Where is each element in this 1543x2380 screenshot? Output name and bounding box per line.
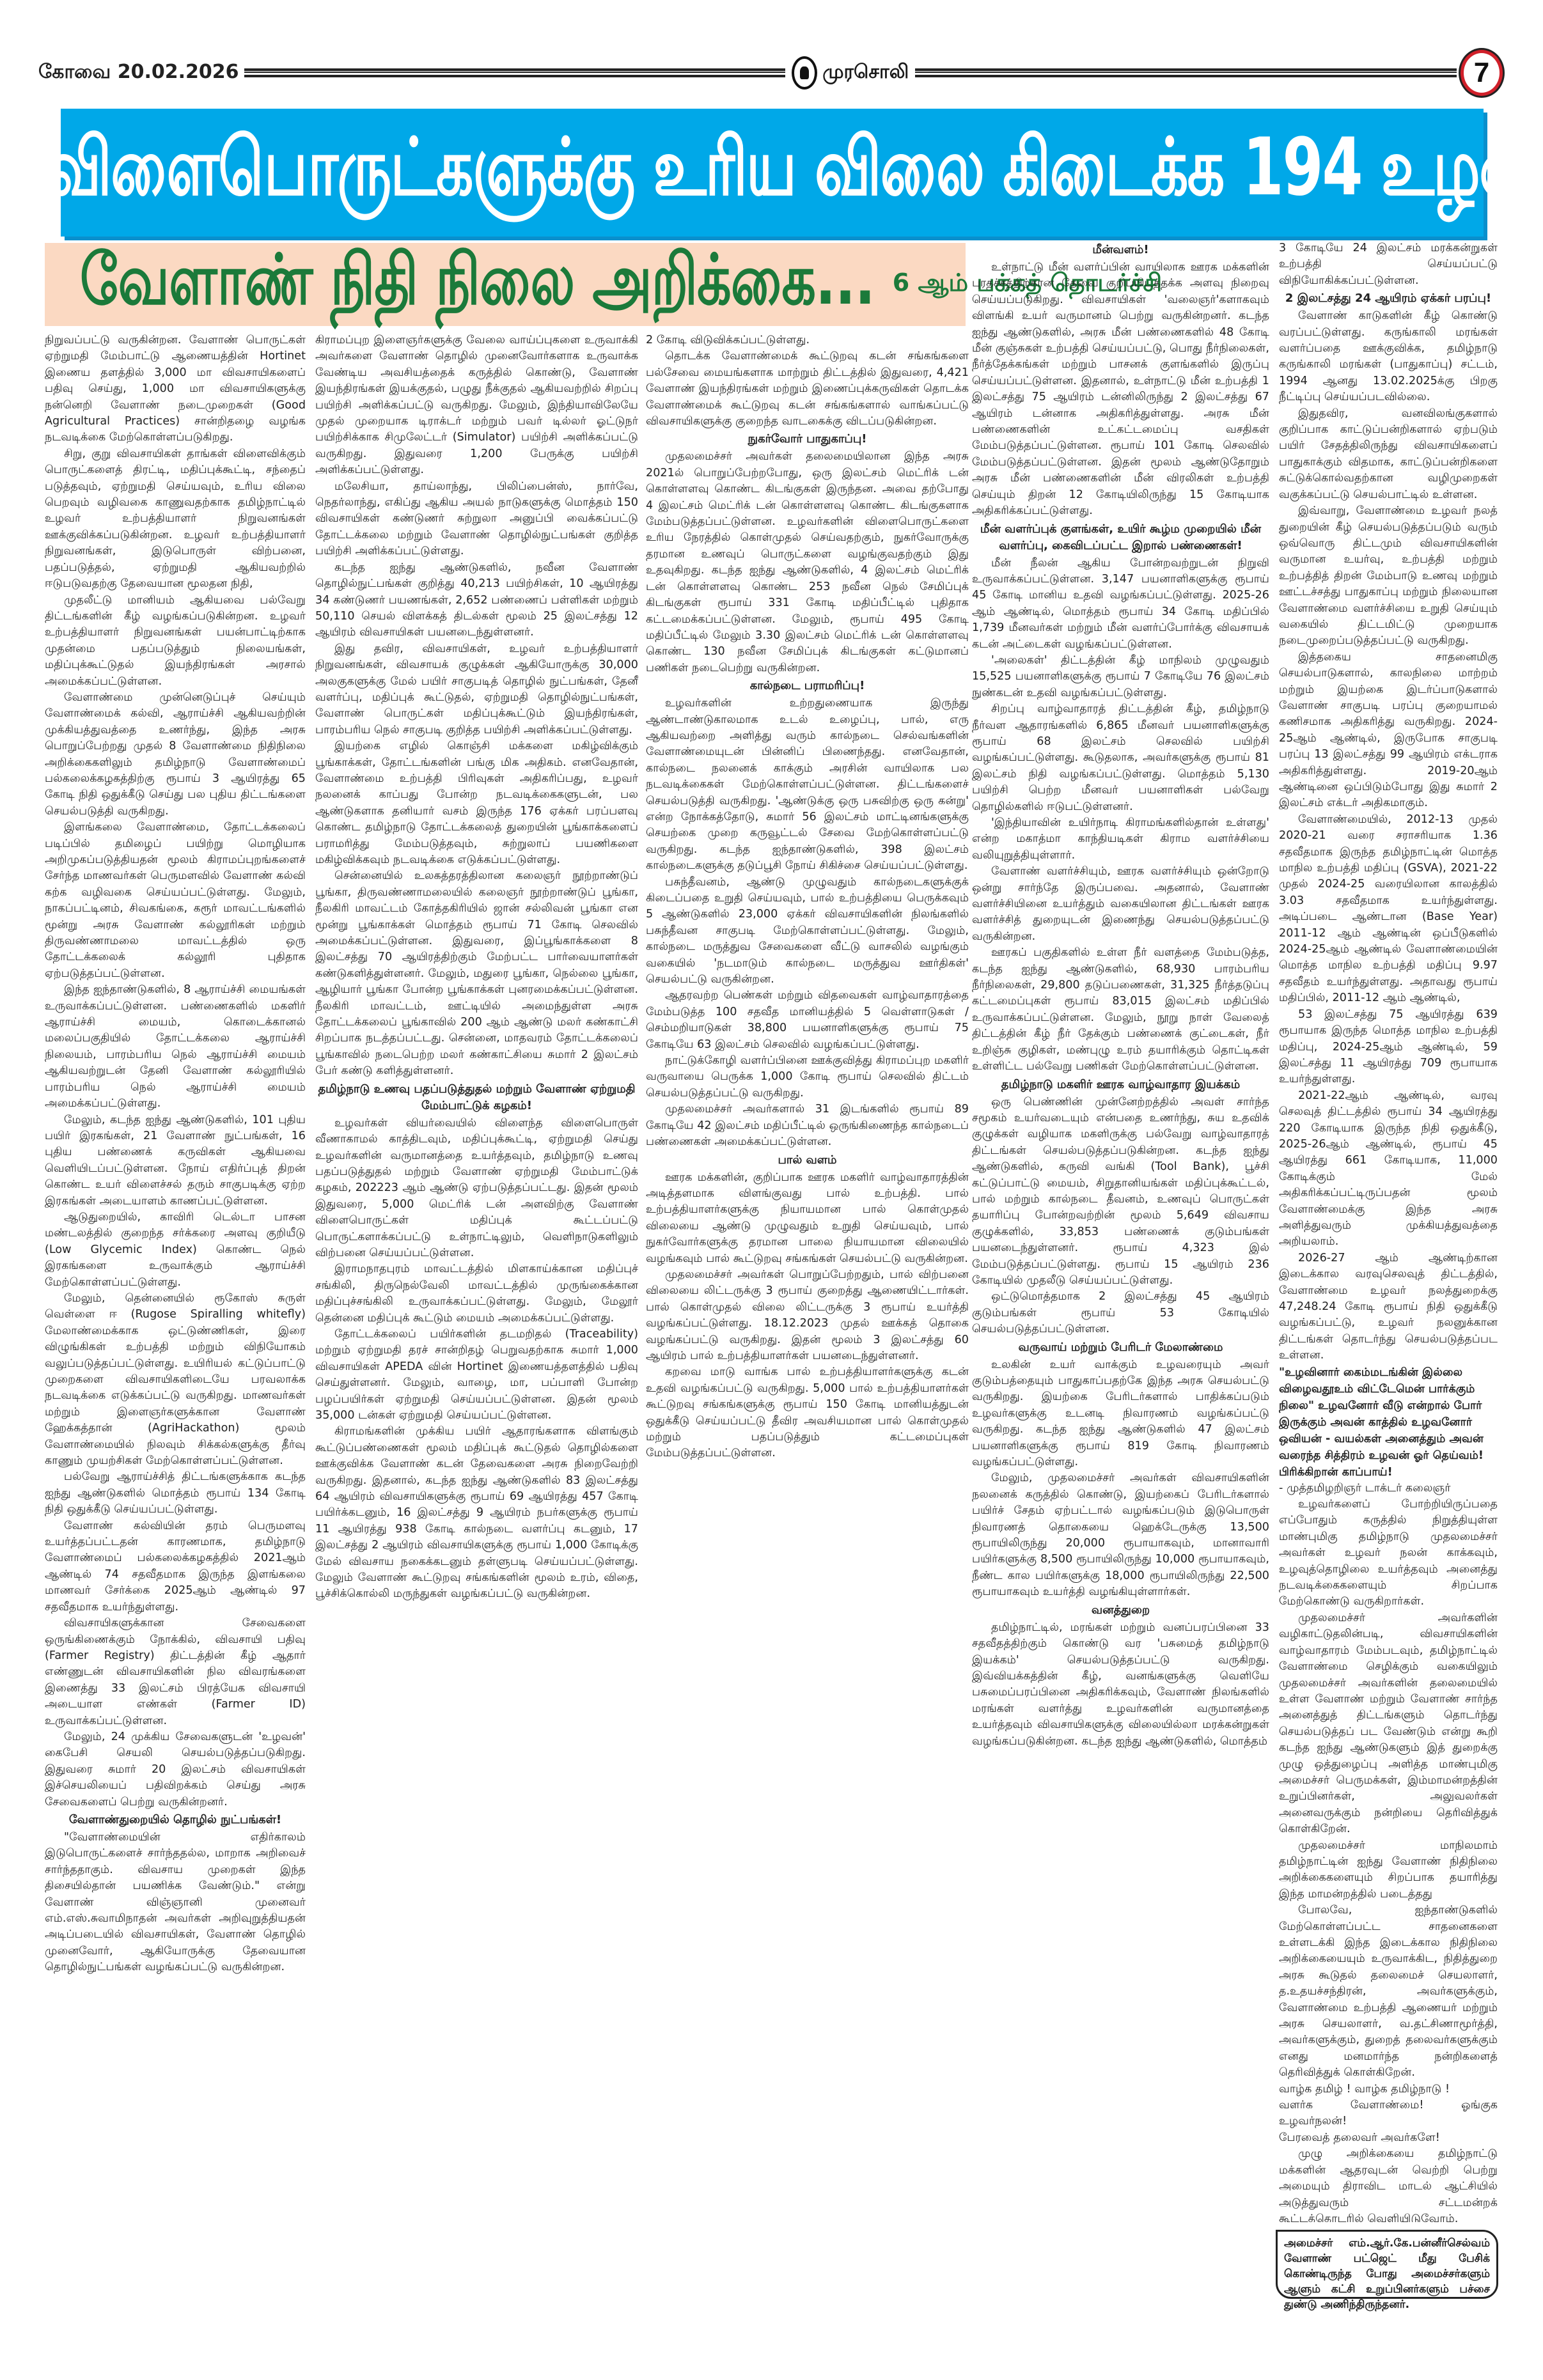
paragraph: - முத்தமிழறிஞர் டாக்டர் கலைஞர்: [1279, 1481, 1498, 1497]
paragraph: ஒட்டுமொத்தமாக 2 இலட்சத்து 45 ஆயிரம் குடு…: [972, 1289, 1269, 1337]
paragraph: இளங்கலை வேளாண்மை, தோட்டக்கலைப் படிப்பில்…: [45, 820, 306, 982]
paragraph: மேலும், 24 முக்கிய சேவைகளுடன் 'உழவன்' கை…: [45, 1729, 306, 1810]
rising-sun-logo-icon: [792, 56, 817, 89]
paragraph: 2 கோடி விடுவிக்கப்பட்டுள்ளது.: [646, 332, 969, 348]
paragraph: வேளாண்மையில், 2012-13 முதல் 2020-21 வரை …: [1279, 812, 1498, 1007]
paragraph: உழவர்களைப் போற்றியிருப்பதை எப்போதும் கரு…: [1279, 1497, 1498, 1610]
section-subheading: கால்நடை பராமரிப்பு!: [646, 678, 969, 694]
paragraph: வேளாண் வளர்ச்சியும், ஊரக வளர்ச்சியும் ஒன…: [972, 864, 1269, 945]
paragraph: உலகின் உயர் வாக்கும் உழவரையும் அவர் குடு…: [972, 1357, 1269, 1471]
paragraph: மலேசியா, தாய்லாந்து, பிலிப்பைன்ஸ், நார்வ…: [315, 479, 638, 560]
article-column-5: 3 கோடியே 24 இலட்சம் மரக்கன்றுகள் உற்பத்த…: [1279, 240, 1498, 2222]
paragraph: நிறுவப்பட்டு வருகின்றன. வேளாண் பொருட்கள்…: [45, 332, 306, 446]
paragraph: சிறு, குறு விவசாயிகள் தாங்கள் விளைவிக்கு…: [45, 446, 306, 593]
pull-quote: "உழவினார் கைம்மடங்கின் இல்லை விழைவதூஉம் …: [1279, 1364, 1498, 1481]
paragraph: மேலும், முதலமைச்சர் அவர்கள் விவசாயிகளின்…: [972, 1470, 1269, 1600]
paragraph: இயற்கை எழில் கொஞ்சி மக்களை மகிழ்விக்கும்…: [315, 738, 638, 868]
paragraph: இது தவிர, விவசாயிகள், உழவர் உற்பத்தியாளர…: [315, 641, 638, 738]
paper-brand: முரசொலி: [785, 56, 915, 89]
paragraph: மேலும், கடந்த ஐந்து ஆண்டுகளில், 101 புதி…: [45, 1112, 306, 1209]
article-column-2: கிராமப்புற இளைஞர்களுக்கு வேலை வாய்ப்புகள…: [315, 332, 638, 2365]
masthead: கோவை 20.02.2026 முரசொலி 7: [38, 51, 1503, 95]
section-subheading: தமிழ்நாடு உணவு பதப்படுத்துதல் மற்றும் வே…: [315, 1081, 638, 1114]
section-subheading: வேளாண்துறையில் தொழில் நுட்பங்கள்!: [45, 1812, 306, 1828]
paragraph: வேளாண் கல்வியின் தரம் பெருமளவு உயர்த்தப்…: [45, 1518, 306, 1615]
paragraph: விவசாயிகளுக்கான சேவைகளை ஒருங்கிணைக்கும் …: [45, 1615, 306, 1729]
paragraph: பல்வேறு ஆராய்ச்சித் திட்டங்களுக்காக கடந்…: [45, 1469, 306, 1518]
paragraph: 53 இலட்சத்து 75 ஆயிரத்து 639 ரூபாயாக இரு…: [1279, 1007, 1498, 1088]
continuation-banner: வேளாண் நிதி நிலை அறிக்கை... 6 ஆம் பக்கத்…: [45, 243, 966, 326]
paragraph: தோட்டக்கலைப் பயிர்களின் தடமறிதல் (Tracea…: [315, 1326, 638, 1424]
paragraph: சென்னையில் உலகத்தரத்திலான கலைஞர் நூற்றாண…: [315, 868, 638, 1079]
paragraph: கடந்த ஐந்து ஆண்டுகளில், நவீன வேளாண் தொழி…: [315, 560, 638, 641]
paragraph: 2021-22ஆம் ஆண்டில், வரவு செலவுத் திட்டத்…: [1279, 1088, 1498, 1250]
paragraph: இராமநாதபுரம் மாவட்டத்தில் மிளகாய்க்கான ம…: [315, 1261, 638, 1326]
paragraph: கிராமங்களின் முக்கிய பயிர் ஆதாரங்களாக வி…: [315, 1424, 638, 1602]
masthead-rule-right: [915, 68, 1457, 77]
masthead-rule-left: [244, 68, 786, 77]
section-subheading: தமிழ்நாடு மகளிர் ஊரக வாழ்வாதார இயக்கம்: [972, 1077, 1269, 1093]
paragraph: தொடக்க வேளாண்மைக் கூட்டுறவு கடன் சங்கங்க…: [646, 348, 969, 430]
paragraph: பேரவைத் தலைவர் அவர்களே!: [1279, 2130, 1498, 2146]
main-headline: உழவர்களின் விளைபொருட்களுக்கு உரிய விலை க…: [0, 121, 1543, 224]
section-subheading: மீன் வளர்ப்புக் குளங்கள், உயிர் கூழ்ம மு…: [972, 521, 1269, 554]
paragraph: மீன் நீலன் ஆகிய போன்றவற்றுடன் நிறுவி உரு…: [972, 556, 1269, 653]
paragraph: "வேளாண்மையின் எதிர்காலம் இடுபொருட்களைச் …: [45, 1830, 306, 1976]
paragraph: இந்த ஐந்தாண்டுகளில், 8 ஆராய்ச்சி மையங்கள…: [45, 982, 306, 1112]
section-subheading: வனத்துறை: [972, 1602, 1269, 1619]
paragraph: ஆதரவற்ற பெண்கள் மற்றும் விதவைகள் வாழ்வாத…: [646, 988, 969, 1053]
paragraph: முதலமைச்சர் அவர்கள் தலைமையிலான இந்த அரசு…: [646, 449, 969, 676]
paragraph: 'அலைகள்' திட்டத்தின் கீழ் மாநிலம் முழுவத…: [972, 653, 1269, 701]
page-number-badge: 7: [1461, 50, 1503, 96]
paragraph: முதலமைச்சர் அவர்களின் வழிகாட்டுதலின்படி,…: [1279, 1610, 1498, 1838]
paragraph: இத்தகைய சாதனைமிகு செயல்பாடுகளால், காலநில…: [1279, 649, 1498, 812]
paragraph: கறவை மாடு வாங்க பால் உற்பத்தியாளர்களுக்க…: [646, 1364, 969, 1461]
headline-banner: உழவர்களின் விளைபொருட்களுக்கு உரிய விலை க…: [61, 109, 1484, 237]
paragraph: வாழ்க தமிழ் ! வாழ்க தமிழ்நாடு !: [1279, 2081, 1498, 2097]
paragraph: உள்நாட்டு மீன் வளர்ப்பின் வாயிலாக ஊரக மக…: [972, 260, 1269, 520]
section-subheading: வருவாய் மற்றும் பேரிடர் மேலாண்மை: [972, 1339, 1269, 1356]
section-subheading: மீன்வளம்!: [972, 242, 1269, 258]
subheadline-title: வேளாண் நிதி நிலை அறிக்கை...: [80, 239, 875, 331]
paragraph: முழு அறிக்கையை தமிழ்நாட்டு மக்களின் ஆதரவ…: [1279, 2146, 1498, 2222]
section-subheading: 2 இலட்சத்து 24 ஆயிரம் ஏக்கர் பரப்பு!: [1279, 290, 1498, 307]
paragraph: பசுந்தீவனம், ஆண்டு முழுவதும் கால்நடைகளுக…: [646, 875, 969, 988]
paragraph: வேளாண்மை முன்னெடுப்புச் செய்யும் வேளாண்ம…: [45, 690, 306, 820]
paragraph: கிராமப்புற இளைஞர்களுக்கு வேலை வாய்ப்புகள…: [315, 332, 638, 479]
paragraph: முதலமைச்சர் அவர்களால் 31 இடங்களில் ரூபாய…: [646, 1101, 969, 1150]
paragraph: உழவர்கள் வியர்வையில் விளைந்த விளைபொருள் …: [315, 1116, 638, 1262]
paragraph: உழவர்களின் உற்றதுணையாக இருந்து ஆண்டாண்டு…: [646, 696, 969, 874]
paragraph: நாட்டுக்கோழி வளர்ப்பினை ஊக்குவித்து கிரா…: [646, 1053, 969, 1101]
article-column-1: நிறுவப்பட்டு வருகின்றன. வேளாண் பொருட்கள்…: [45, 332, 306, 2365]
paragraph: ஆடுதுறையில், காவிரி டெல்டா பாசன மண்டலத்த…: [45, 1209, 306, 1291]
article-column-3: 2 கோடி விடுவிக்கப்பட்டுள்ளது.தொடக்க வேளா…: [646, 332, 969, 2365]
article-column-4: மீன்வளம்!உள்நாட்டு மீன் வளர்ப்பின் வாயில…: [972, 240, 1269, 2363]
paragraph: முதலீட்டு மானியம் ஆகியவை பல்வேறு திட்டங்…: [45, 593, 306, 690]
paragraph: ஊரகப் பகுதிகளில் உள்ள நீர் வளத்தை மேம்பட…: [972, 945, 1269, 1075]
paragraph: தமிழ்நாட்டில், மரங்கள் மற்றும் வனப்பரப்ப…: [972, 1620, 1269, 1750]
section-subheading: பால் வளம்: [646, 1152, 969, 1169]
paragraph: ஒரு பெண்ணின் முன்னேற்றத்தில் அவள் சார்ந்…: [972, 1094, 1269, 1289]
paragraph: 2026-27 ஆம் ஆண்டிற்கான இடைக்கால வரவுசெலவ…: [1279, 1250, 1498, 1364]
section-subheading: நுகர்வோர் பாதுகாப்பு!: [646, 431, 969, 447]
paragraph: இதுதவிர, வனவிலங்குகளால் குறிப்பாக காட்டு…: [1279, 406, 1498, 503]
paragraph: முதலமைச்சர் அவர்கள் பொறுப்பேற்றதும், பால…: [646, 1267, 969, 1364]
paragraph: ஊரக மக்களின், குறிப்பாக ஊரக மகளிர் வாழ்வ…: [646, 1170, 969, 1267]
paragraph: சிறப்பு வாழ்வாதாரத் திட்டத்தின் கீழ், தம…: [972, 701, 1269, 815]
paragraph: போலவே, ஐந்தாண்டுகளில் மேற்கொள்ளப்பட்ட சா…: [1279, 1902, 1498, 2081]
paragraph: வளர்க வேளாண்மை! ஓங்குக உழவர்நலன்!: [1279, 2097, 1498, 2130]
paragraph: மேலும், தென்னையில் ரூகோஸ் சுருள் வெள்ளை …: [45, 1291, 306, 1469]
paper-name: முரசொலி: [822, 61, 909, 86]
paragraph: முதலமைச்சர் மாநிலமாம் தமிழ்நாட்டின் ஐந்த…: [1279, 1838, 1498, 1903]
paragraph: வேளாண் காடுகளின் கீழ் கொண்டு வரப்பட்டுள்…: [1279, 308, 1498, 405]
edition-date: கோவை 20.02.2026: [38, 61, 244, 86]
paragraph: 3 கோடியே 24 இலட்சம் மரக்கன்றுகள் உற்பத்த…: [1279, 240, 1498, 289]
photo-caption-box: அமைச்சர் எம்.ஆர்.கே.பன்னீர்செல்வம் வேளாண…: [1276, 2230, 1498, 2299]
paragraph: 'இந்தியாவின் உயிர்நாடி கிராமங்களில்தான் …: [972, 815, 1269, 864]
paragraph: இவ்வாறு, வேளாண்மை உழவர் நலத் துறையின் கீ…: [1279, 503, 1498, 649]
